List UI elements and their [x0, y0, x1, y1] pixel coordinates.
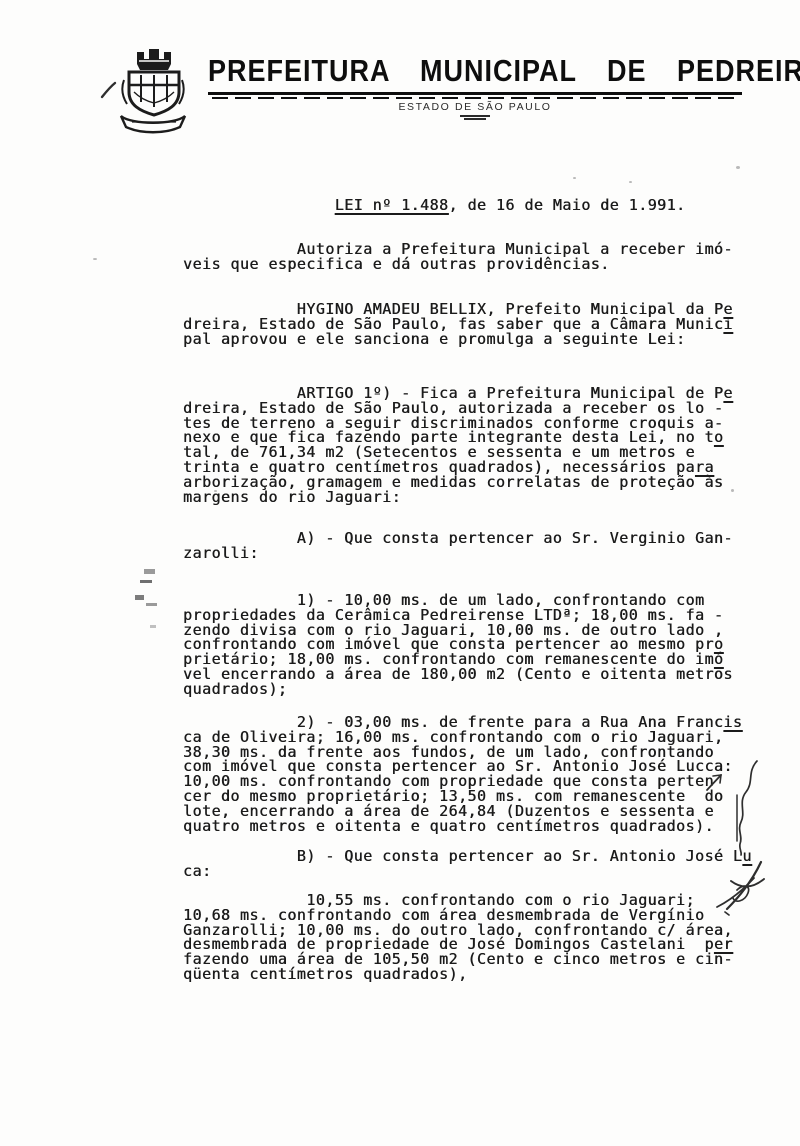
subtitle-rule-2 [464, 118, 486, 120]
margin-smudge [135, 595, 144, 600]
margin-smudge [140, 580, 152, 583]
scan-speck [93, 258, 97, 260]
letterhead-subtitle: ESTADO DE SÃO PAULO [330, 101, 620, 113]
scan-speck [573, 177, 576, 179]
scan-speck [731, 489, 734, 492]
scan-speck [736, 166, 740, 169]
coat-of-arms-icon [112, 46, 194, 138]
clause-a: A) - Que consta pertencer ao Sr. Vergini… [183, 531, 733, 561]
margin-smudge [150, 625, 156, 628]
lot-2: 2) - 03,00 ms. de frente para a Rua Ana … [183, 715, 742, 833]
ementa: Autoriza a Prefeitura Municipal a recebe… [183, 242, 733, 272]
article-1: ARTIGO 1º) - Fica a Prefeitura Municipal… [183, 386, 733, 504]
letterhead-rule-dashed [212, 97, 740, 99]
document-line: A) - Que consta pertencer ao Sr. Vergini… [183, 531, 733, 546]
document-line: qüenta centímetros quadrados), [183, 967, 733, 982]
subtitle-rule [460, 115, 490, 117]
letterhead-rule [208, 92, 742, 95]
document-line: pal aprovou e ele sanciona e promulga a … [183, 332, 733, 347]
document-line: veis que especifica e dá outras providên… [183, 257, 733, 272]
preamble: HYGINO AMADEU BELLIX, Prefeito Municipal… [183, 302, 733, 346]
document-line: zarolli: [183, 546, 733, 561]
lot-1: 1) - 10,00 ms. de um lado, confrontando … [183, 593, 733, 697]
document-line: margens do rio Jaguari: [183, 490, 733, 505]
lot-b-description: 10,55 ms. confrontando com o rio Jaguari… [183, 893, 733, 982]
scan-speck [629, 181, 632, 183]
scan-speck [214, 490, 217, 492]
document-line: ca: [183, 864, 752, 879]
document-line: quatro metros e oitenta e quatro centíme… [183, 819, 742, 834]
letterhead-title: PREFEITURA MUNICIPAL DE PEDREIRA [208, 54, 744, 89]
document-line: B) - Que consta pertencer ao Sr. Antonio… [183, 849, 752, 864]
margin-smudge [146, 603, 157, 606]
letterhead: PREFEITURA MUNICIPAL DE PEDREIRA ESTADO … [0, 0, 800, 150]
document-line: quadrados); [183, 682, 733, 697]
document-line: LEI nº 1.488, de 16 de Maio de 1.991. [183, 198, 686, 213]
law-title: LEI nº 1.488, de 16 de Maio de 1.991. [183, 198, 686, 213]
clause-b: B) - Que consta pertencer ao Sr. Antonio… [183, 849, 752, 879]
scanned-document-page: PREFEITURA MUNICIPAL DE PEDREIRA ESTADO … [0, 0, 800, 1146]
margin-smudge [144, 569, 155, 574]
